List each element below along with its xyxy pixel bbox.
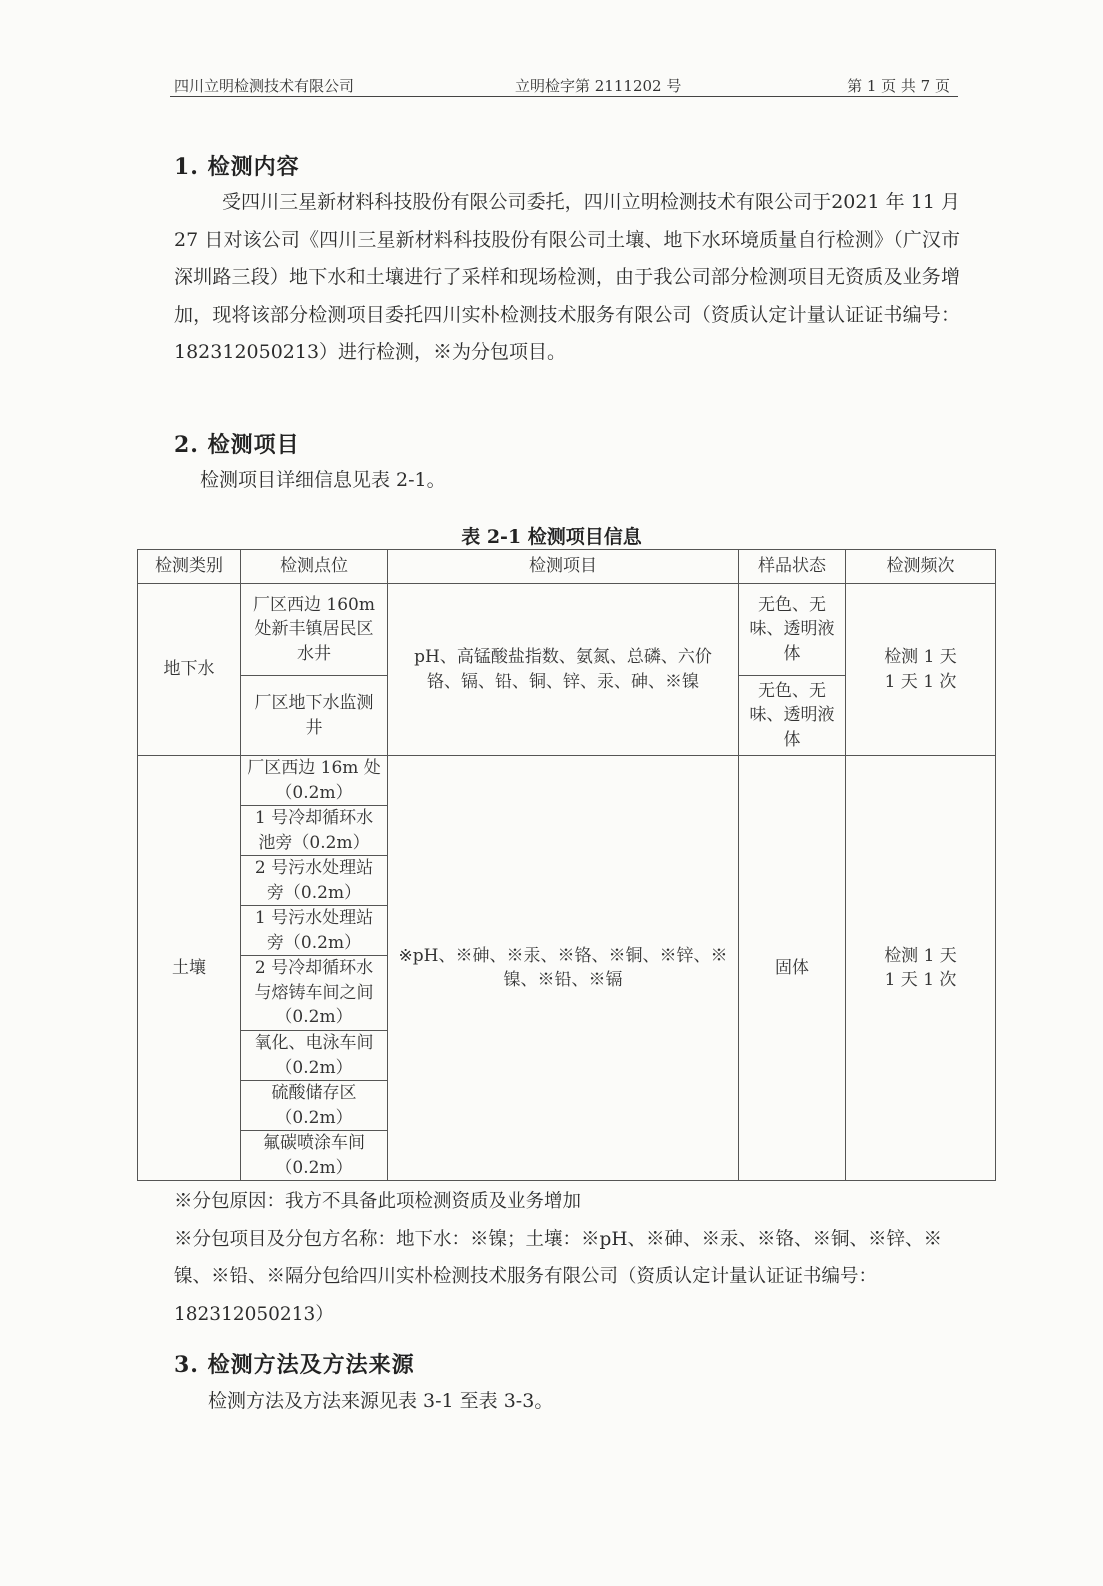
- column-header: 检测频次: [846, 550, 996, 584]
- header-company: 四川立明检测技术有限公司: [174, 75, 354, 96]
- column-header: 检测项目: [388, 550, 739, 584]
- column-header: 检测类别: [138, 550, 241, 584]
- frequency-cell: 检测 1 天 1 天 1 次: [846, 584, 996, 756]
- items-cell: ※pH、※砷、※汞、※铬、※铜、※锌、※镍、※铅、※镉: [388, 756, 739, 1181]
- section-1-paragraph: 受四川三星新材料科技股份有限公司委托，四川立明检测技术有限公司于2021 年 1…: [174, 184, 960, 372]
- note-subcontract-items: ※分包项目及分包方名称：地下水：※镍；土壤：※pH、※砷、※汞、※铬、※铜、※锌…: [174, 1221, 964, 1334]
- section-3-body: 检测方法及方法来源见表 3-1 至表 3-3。: [208, 1383, 994, 1421]
- point-cell: 厂区西边 160m 处新丰镇居民区水井: [241, 584, 388, 676]
- state-cell: 无色、无味、透明液体: [739, 676, 846, 756]
- point-cell: 2 号冷却循环水与熔铸车间之间（0.2m）: [241, 956, 388, 1031]
- point-cell: 2 号污水处理站旁（0.2m）: [241, 856, 388, 906]
- header-report-number: 立明检字第 2111202 号: [515, 75, 681, 96]
- table-row: 土壤 厂区西边 16m 处（0.2m） ※pH、※砷、※汞、※铬、※铜、※锌、※…: [138, 756, 996, 806]
- section-2-body: 检测项目详细信息见表 2-1。: [200, 462, 986, 500]
- category-cell: 地下水: [138, 584, 241, 756]
- page-header: 四川立明检测技术有限公司 立明检字第 2111202 号 第 1 页 共 7 页: [170, 74, 958, 97]
- point-cell: 厂区地下水监测井: [241, 676, 388, 756]
- section-2-paragraph: 检测项目详细信息见表 2-1。: [200, 462, 986, 500]
- point-cell: 1 号污水处理站旁（0.2m）: [241, 906, 388, 956]
- column-header: 样品状态: [739, 550, 846, 584]
- category-cell: 土壤: [138, 756, 241, 1181]
- note-reason: ※分包原因：我方不具备此项检测资质及业务增加: [174, 1183, 964, 1221]
- section-1-body: 受四川三星新材料科技股份有限公司委托，四川立明检测技术有限公司于2021 年 1…: [174, 184, 960, 372]
- section-3-paragraph: 检测方法及方法来源见表 3-1 至表 3-3。: [208, 1383, 994, 1421]
- frequency-line: 1 天 1 次: [852, 968, 989, 993]
- items-cell: pH、高锰酸盐指数、氨氮、总磷、六价铬、镉、铅、铜、锌、汞、砷、※镍: [388, 584, 739, 756]
- point-cell: 厂区西边 16m 处（0.2m）: [241, 756, 388, 806]
- section-title-2: 2. 检测项目: [174, 428, 300, 459]
- column-header: 检测点位: [241, 550, 388, 584]
- header-page-number: 第 1 页 共 7 页: [847, 75, 950, 96]
- frequency-cell: 检测 1 天 1 天 1 次: [846, 756, 996, 1181]
- table-header-row: 检测类别 检测点位 检测项目 样品状态 检测频次: [138, 550, 996, 584]
- state-cell: 无色、无味、透明液体: [739, 584, 846, 676]
- point-cell: 氧化、电泳车间（0.2m）: [241, 1031, 388, 1081]
- table-caption: 表 2-1 检测项目信息: [0, 522, 1103, 549]
- section-title-3: 3. 检测方法及方法来源: [174, 1348, 415, 1379]
- table-row: 地下水 厂区西边 160m 处新丰镇居民区水井 pH、高锰酸盐指数、氨氮、总磷、…: [138, 584, 996, 676]
- state-cell: 固体: [739, 756, 846, 1181]
- point-cell: 氟碳喷涂车间（0.2m）: [241, 1131, 388, 1181]
- frequency-line: 检测 1 天: [852, 944, 989, 969]
- section-title-1: 1. 检测内容: [174, 150, 300, 181]
- frequency-line: 检测 1 天: [852, 645, 989, 670]
- detection-items-table: 检测类别 检测点位 检测项目 样品状态 检测频次 地下水 厂区西边 160m 处…: [137, 549, 996, 1181]
- point-cell: 1 号冷却循环水池旁（0.2m）: [241, 806, 388, 856]
- frequency-line: 1 天 1 次: [852, 670, 989, 695]
- subcontract-notes: ※分包原因：我方不具备此项检测资质及业务增加 ※分包项目及分包方名称：地下水：※…: [174, 1183, 964, 1333]
- point-cell: 硫酸储存区（0.2m）: [241, 1081, 388, 1131]
